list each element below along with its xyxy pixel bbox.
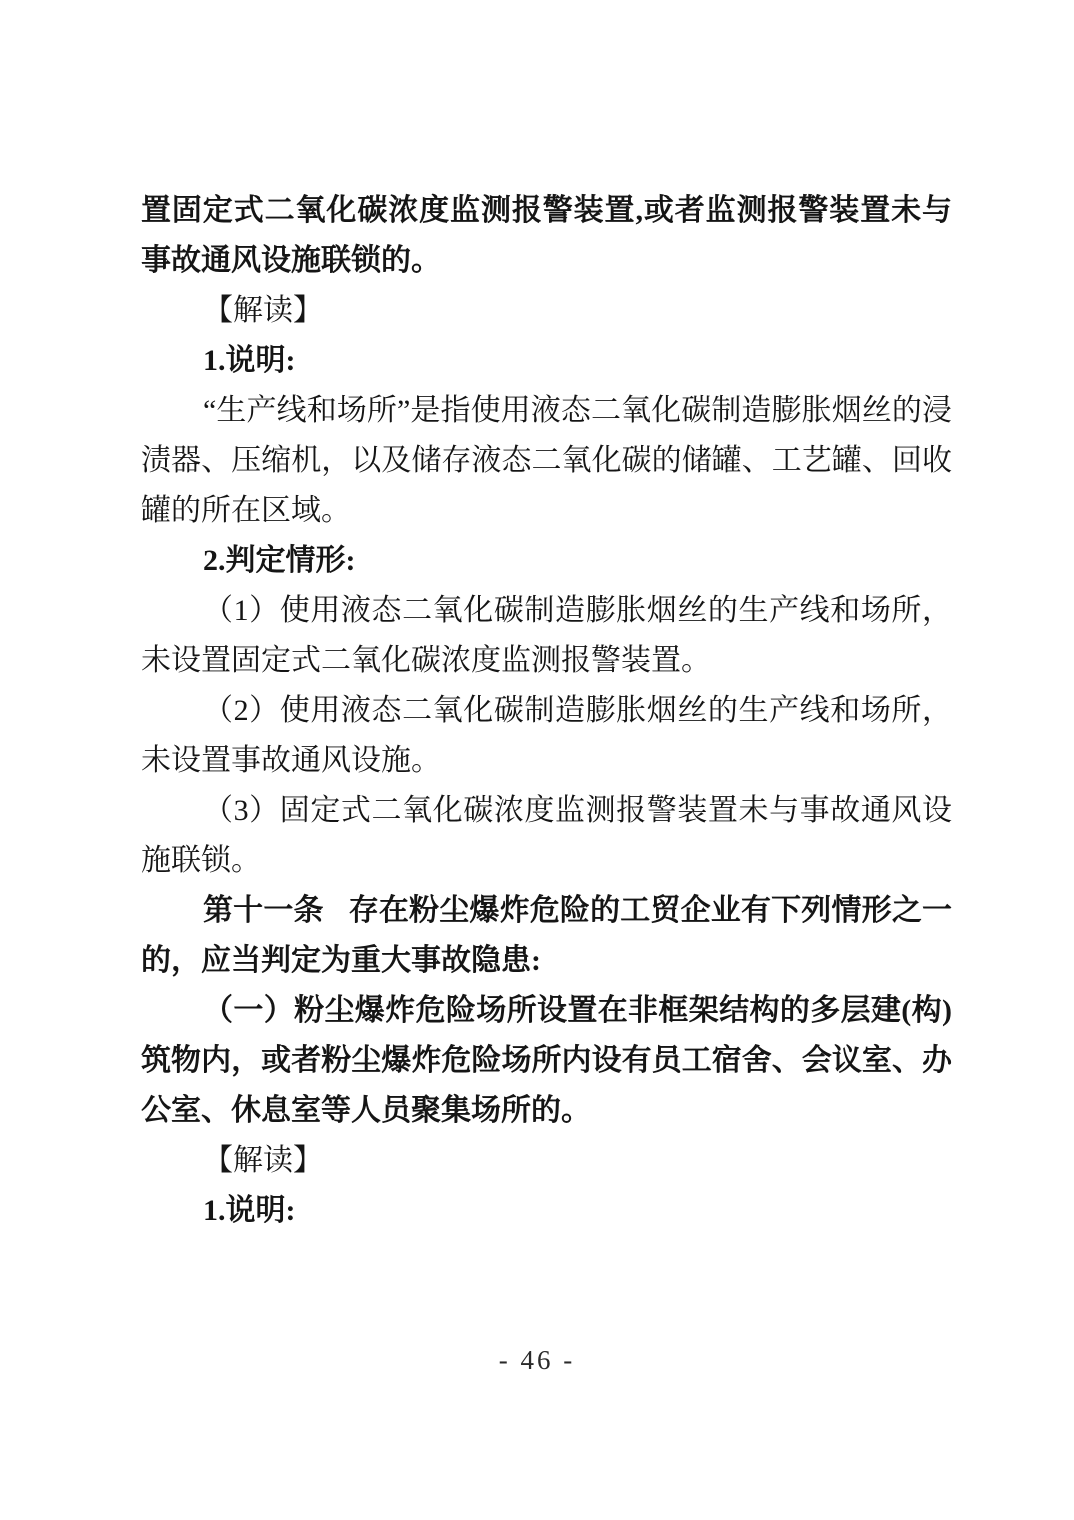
section-label-interpretation-1: 【解读】	[141, 286, 952, 336]
heading-explanation-1: 1.说明:	[141, 336, 952, 386]
document-body: 置固定式二氧化碳浓度监测报警装置,或者监测报警装置未与事故通风设施联锁的。 【解…	[141, 186, 952, 1236]
heading-determination-situations: 2.判定情形:	[141, 536, 952, 586]
paragraph-production-line-definition: “生产线和场所”是指使用液态二氧化碳制造膨胀烟丝的浸渍器、压缩机，以及储存液态二…	[141, 386, 952, 536]
paragraph-article-11: 第十一条存在粉尘爆炸危险的工贸企业有下列情形之一的，应当判定为重大事故隐患:	[141, 886, 952, 986]
paragraph-situation-1: （1）使用液态二氧化碳制造膨胀烟丝的生产线和场所，未设置固定式二氧化碳浓度监测报…	[141, 586, 952, 686]
paragraph-continuation-interlock-clause: 置固定式二氧化碳浓度监测报警装置,或者监测报警装置未与事故通风设施联锁的。	[141, 186, 952, 286]
paragraph-article-11-item-1: （一）粉尘爆炸危险场所设置在非框架结构的多层建(构)筑物内，或者粉尘爆炸危险场所…	[141, 986, 952, 1136]
paragraph-situation-3: （3）固定式二氧化碳浓度监测报警装置未与事故通风设施联锁。	[141, 786, 952, 886]
heading-explanation-2: 1.说明:	[141, 1186, 952, 1236]
page-number: - 46 -	[499, 1345, 575, 1375]
paragraph-situation-2: （2）使用液态二氧化碳制造膨胀烟丝的生产线和场所，未设置事故通风设施。	[141, 686, 952, 786]
article-11-label: 第十一条	[203, 894, 324, 927]
page-footer: - 46 -	[0, 1345, 1074, 1376]
section-label-interpretation-2: 【解读】	[141, 1136, 952, 1186]
document-page: 置固定式二氧化碳浓度监测报警装置,或者监测报警装置未与事故通风设施联锁的。 【解…	[0, 0, 1074, 1520]
